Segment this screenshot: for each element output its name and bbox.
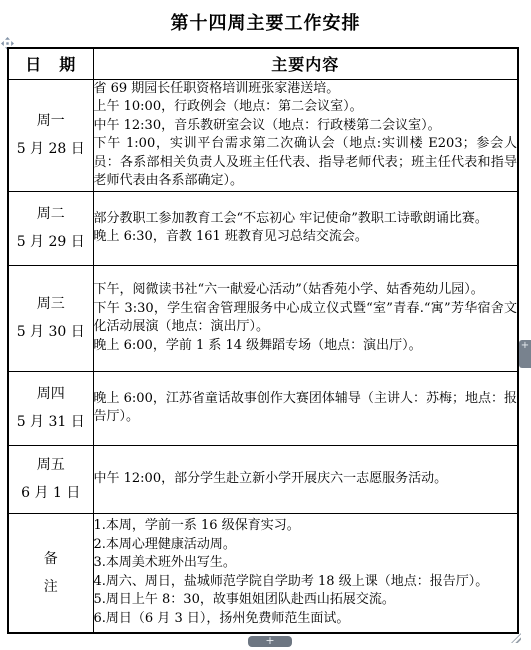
content-line: 晚上 6:30，音教 161 班教育见习总结交流会。	[94, 228, 518, 247]
content-cell: 晚上 6:00，江苏省童话故事创作大赛团体辅导（主讲人：苏梅；地点：报告厅）。	[93, 371, 518, 445]
header-row: 日 期 主要内容	[8, 48, 518, 79]
day-label: 5 月 30 日	[9, 323, 93, 341]
content-line: 下午，阅微读书社“六一献爱心活动”（姑香苑小学、姑香苑幼儿园）。	[94, 281, 518, 300]
expand-down-button[interactable]: +	[248, 636, 292, 647]
content-line: 中午 12:30，音乐教研室会议（地点：行政楼第二会议室）。	[94, 117, 518, 136]
day-label: 周三	[9, 295, 93, 313]
content-line: 晚上 6:00，学前 1 系 14 级舞蹈专场（地点：演出厅）。	[94, 337, 518, 356]
content-line: 下午 3:30，学生宿舍管理服务中心成立仪式暨“室”青春.“寓”芳华宿舍文化活动…	[94, 300, 518, 337]
content-line: 1.本周，学前一系 16 级保育实习。	[94, 517, 518, 536]
day-label: 5 月 29 日	[9, 233, 93, 251]
date-cell: 周三5 月 30 日	[8, 265, 93, 371]
content-cell: 下午，阅微读书社“六一献爱心活动”（姑香苑小学、姑香苑幼儿园）。下午 3:30，…	[93, 265, 518, 371]
schedule-table: 日 期 主要内容 周一5 月 28 日 省 69 期园长任职资格培训班张家港送培…	[7, 47, 519, 634]
content-cell: 中午 12:00，部分学生赴立新小学开展庆六一志愿服务活动。	[93, 445, 518, 513]
table-row: 周二5 月 29 日 部分教职工参加教育工会“不忘初心 牢记使命”教职工诗歌朗诵…	[8, 191, 518, 265]
table-row: 备注 1.本周，学前一系 16 级保育实习。2.本周心理健康活动周。3.本周美术…	[8, 513, 518, 633]
content-line: 4.周六、周日，盐城师范学院自学助考 18 级上课（地点：报告厅）。	[94, 573, 518, 592]
table-row: 周一5 月 28 日 省 69 期园长任职资格培训班张家港送培。上午 10:00…	[8, 79, 518, 191]
table-row: 周四5 月 31 日 晚上 6:00，江苏省童话故事创作大赛团体辅导（主讲人：苏…	[8, 371, 518, 445]
content-line: 上午 10:00，行政例会（地点：第二会议室）。	[94, 98, 518, 117]
expand-right-button[interactable]: +	[519, 340, 531, 368]
content-cell: 部分教职工参加教育工会“不忘初心 牢记使命”教职工诗歌朗诵比赛。晚上 6:30，…	[93, 191, 518, 265]
content-line: 5.周日上午 8：30，故事姐姐团队赴西山拓展交流。	[94, 591, 518, 610]
content-cell: 省 69 期园长任职资格培训班张家港送培。上午 10:00，行政例会（地点：第二…	[93, 79, 518, 191]
day-label: 周四	[9, 385, 93, 403]
table-row: 周五6 月 1 日 中午 12:00，部分学生赴立新小学开展庆六一志愿服务活动。	[8, 445, 518, 513]
page-title: 第十四周主要工作安排	[0, 9, 531, 35]
day-label: 5 月 31 日	[9, 413, 93, 431]
day-label: 5 月 28 日	[9, 140, 93, 158]
content-line: 部分教职工参加教育工会“不忘初心 牢记使命”教职工诗歌朗诵比赛。	[94, 210, 518, 229]
day-label: 周五	[9, 456, 93, 474]
content-line: 中午 12:00，部分学生赴立新小学开展庆六一志愿服务活动。	[94, 470, 518, 489]
date-cell: 周四5 月 31 日	[8, 371, 93, 445]
content-line: 2.本周心理健康活动周。	[94, 536, 518, 555]
resize-grip-icon[interactable]	[511, 633, 521, 643]
content-cell: 1.本周，学前一系 16 级保育实习。2.本周心理健康活动周。3.本周美术班外出…	[93, 513, 518, 633]
day-label: 备	[9, 550, 93, 568]
content-line: 省 69 期园长任职资格培训班张家港送培。	[94, 80, 518, 99]
day-label: 6 月 1 日	[9, 484, 93, 502]
content-line: 晚上 6:00，江苏省童话故事创作大赛团体辅导（主讲人：苏梅；地点：报告厅）。	[94, 390, 518, 427]
date-cell: 备注	[8, 513, 93, 633]
date-cell: 周五6 月 1 日	[8, 445, 93, 513]
day-label: 注	[9, 578, 93, 596]
date-cell: 周一5 月 28 日	[8, 79, 93, 191]
content-line: 下午 1:00，实训平台需求第二次确认会（地点:实训楼 E203；参会人员：各系…	[94, 135, 518, 191]
content-line: 3.本周美术班外出写生。	[94, 554, 518, 573]
header-content: 主要内容	[93, 48, 518, 79]
content-line: 6.周日（6 月 3 日），扬州免费师范生面试。	[94, 610, 518, 629]
day-label: 周一	[9, 112, 93, 130]
table-row: 周三5 月 30 日 下午，阅微读书社“六一献爱心活动”（姑香苑小学、姑香苑幼儿…	[8, 265, 518, 371]
date-cell: 周二5 月 29 日	[8, 191, 93, 265]
header-date: 日 期	[8, 48, 93, 79]
day-label: 周二	[9, 205, 93, 223]
